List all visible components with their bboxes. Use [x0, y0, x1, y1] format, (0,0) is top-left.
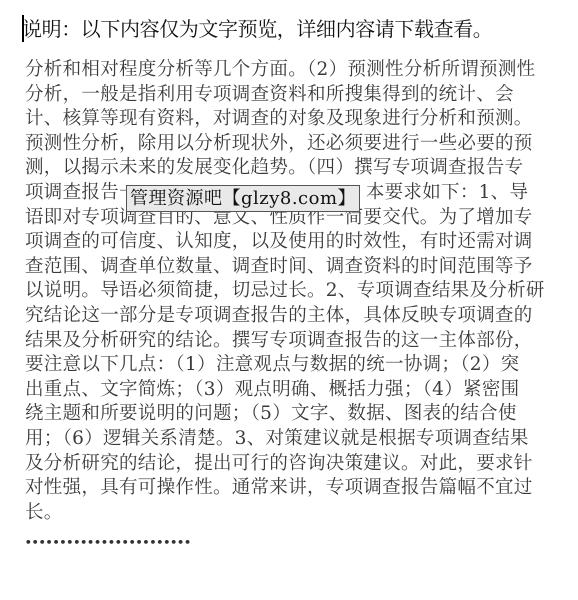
body-line-tail: 本要求如下：1、导: [366, 182, 528, 203]
document-body: 分析和相对程度分析等几个方面。（2）预测性分析所谓预测性 分析，一般是指利用专项…: [25, 58, 565, 525]
watermark-banner: 管理资源吧【glzy8.com】: [126, 185, 360, 212]
body-line: 测，以揭示未来的发展变化趋势。（四）撰写专项调查报告专: [25, 156, 565, 181]
body-line: 究结论这一部分是专项调查报告的主体，具体反映专项调查的: [25, 304, 565, 329]
body-line-head: 项调查报告一: [25, 182, 138, 203]
body-line: 计、核算等现有资料，对调查的对象及现象进行分析和预测。: [25, 107, 565, 132]
ellipsis-divider: ••••••••••••••••••••••••: [25, 536, 191, 549]
body-line: 出重点、文字简炼；（3）观点明确、概括力强；（4）紧密围: [25, 378, 565, 403]
body-line: 要注意以下几点：（1）注意观点与数据的统一协调；（2）突: [25, 353, 565, 378]
body-line: 预测性分析，除用以分析现状外，还必须要进行一些必要的预: [25, 132, 565, 157]
body-line: 长。: [25, 501, 565, 526]
body-line: 项调查的可信度、认知度，以及使用的时效性，有时还需对调: [25, 230, 565, 255]
body-line: 用；（6）逻辑关系清楚。3、对策建议就是根据专项调查结果: [25, 427, 565, 452]
body-line: 及分析研究的结论，提出可行的咨询决策建议。对此，要求针: [25, 452, 565, 477]
body-line: 绕主题和所要说明的问题；（5）文字、数据、图表的结合使: [25, 402, 565, 427]
preview-notice: 说明：以下内容仅为文字预览，详细内容请下载查看。: [22, 14, 492, 44]
body-line: 查范围、调查单位数量、调查时间、调查资料的时间范围等予: [25, 255, 565, 280]
body-line: 分析和相对程度分析等几个方面。（2）预测性分析所谓预测性: [25, 58, 565, 83]
body-line: 以说明。导语必须简捷，切忌过长。2、专项调查结果及分析研: [25, 279, 565, 304]
body-line: 对性强，具有可操作性。通常来讲，专项调查报告篇幅不宜过: [25, 476, 565, 501]
body-line: 结果及分析研究的结论。撰写专项调查报告的这一主体部份，: [25, 329, 565, 354]
body-line: 分析，一般是指利用专项调查资料和所搜集得到的统计、会: [25, 83, 565, 108]
